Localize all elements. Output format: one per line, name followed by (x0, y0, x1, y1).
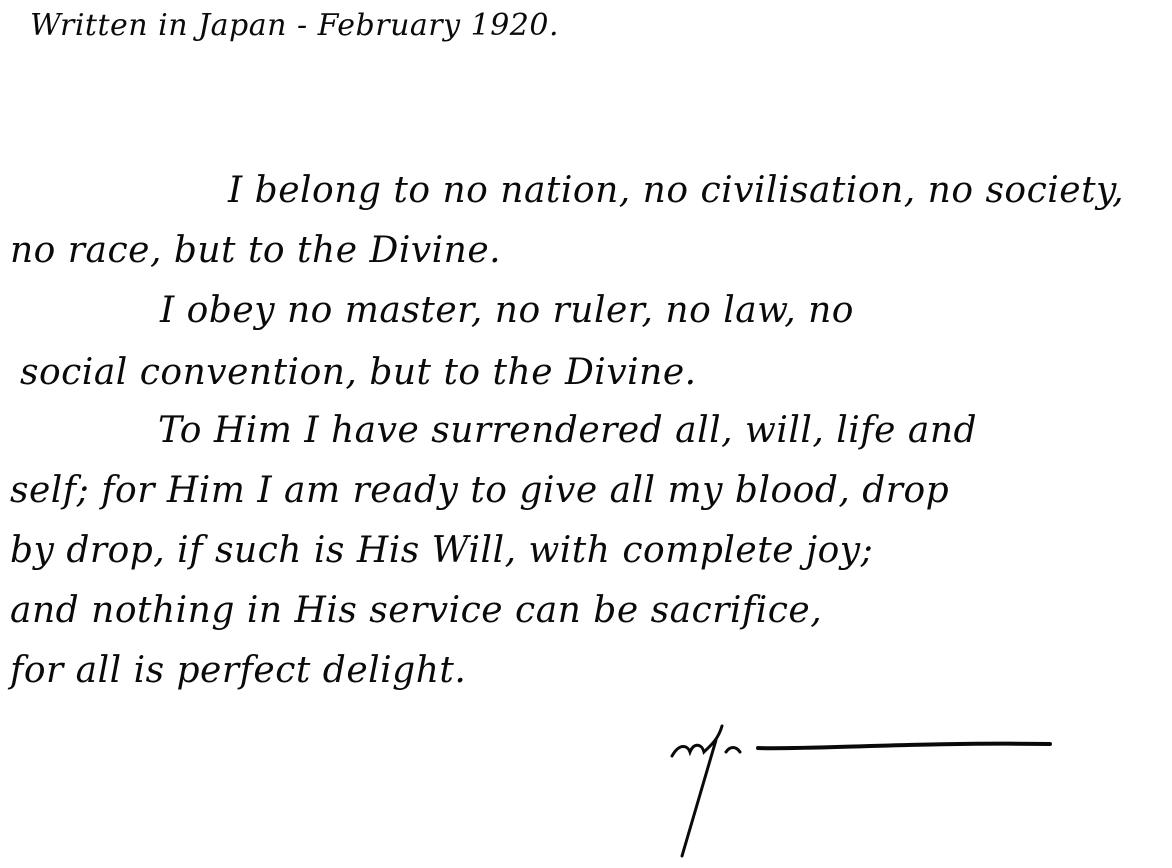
signature-stroke-icon (660, 720, 1080, 868)
text-line-5: To Him I have surrendered all, will, lif… (158, 410, 977, 451)
handwritten-page: Written in Japan - February 1920. I belo… (0, 0, 1172, 868)
text-line-3: I obey no master, no ruler, no law, no (160, 290, 854, 331)
document-heading: Written in Japan - February 1920. (30, 8, 559, 43)
text-line-7: by drop, if such is His Will, with compl… (10, 530, 873, 571)
text-line-1: I belong to no nation, no civilisation, … (228, 170, 1124, 211)
text-line-4: social convention, but to the Divine. (20, 352, 697, 393)
text-line-6: self; for Him I am ready to give all my … (10, 470, 949, 511)
signature (660, 720, 1080, 868)
text-line-2: no race, but to the Divine. (10, 230, 501, 271)
text-line-8: and nothing in His service can be sacrif… (10, 590, 822, 631)
text-line-9: for all is perfect delight. (10, 650, 466, 691)
